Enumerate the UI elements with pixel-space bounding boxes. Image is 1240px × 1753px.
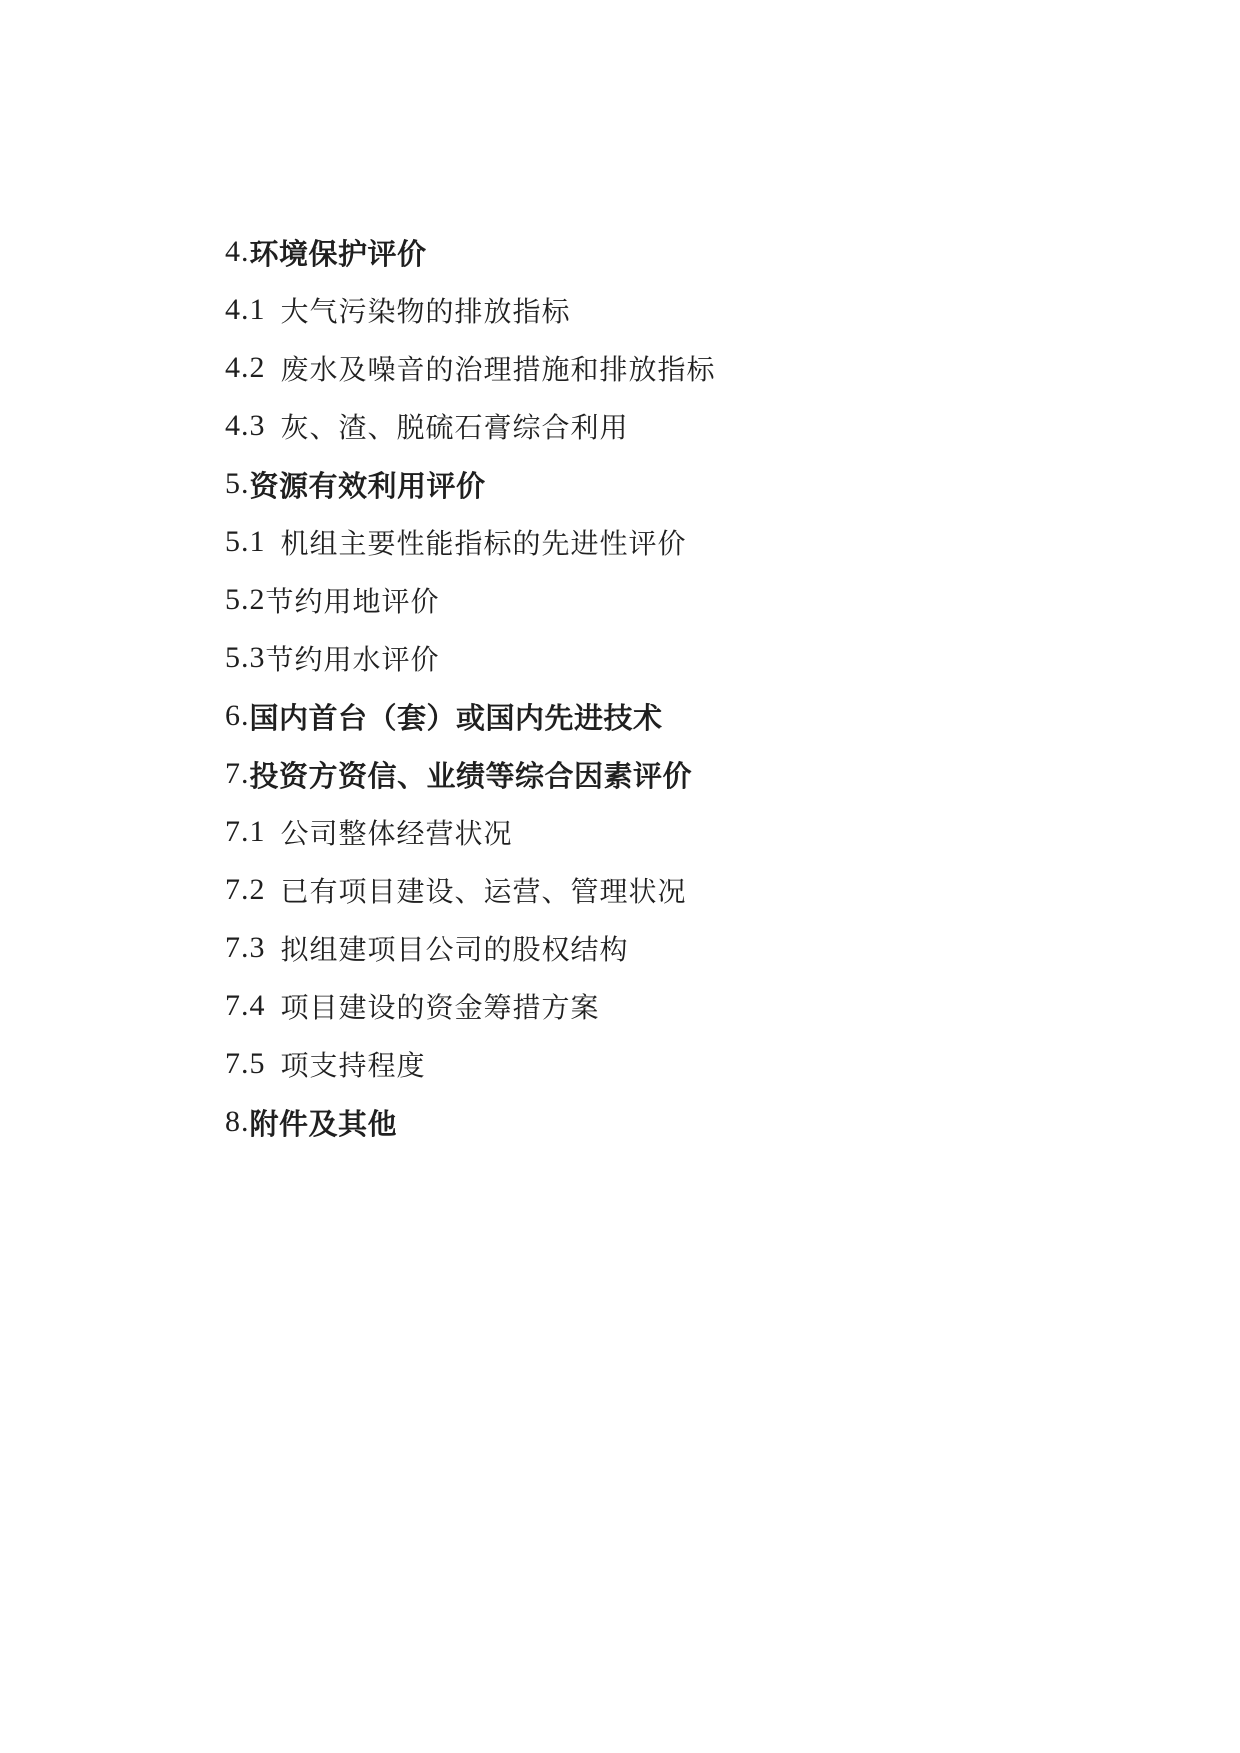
document-page: 4.环境保护评价 4.1大气污染物的排放指标 4.2废水及噪音的治理措施和排放指… [0,0,1240,1753]
section-number: 8. [225,1105,250,1139]
item-number: 7.5 [225,1047,266,1081]
item-title: 废水及噪音的治理措施和排放指标 [281,348,716,388]
section-title: 附件及其他 [250,1102,398,1143]
item-title: 节约用地评价 [266,580,440,620]
section-number: 5. [225,467,250,501]
toc-item-7-3: 7.3拟组建项目公司的股权结构 [225,919,1180,977]
toc-item-7-2: 7.2已有项目建设、运营、管理状况 [225,861,1180,919]
section-title: 投资方资信、业绩等综合因素评价 [250,754,693,795]
section-heading-8: 8.附件及其他 [225,1093,1180,1151]
section-heading-4: 4.环境保护评价 [225,223,1180,281]
section-heading-5: 5.资源有效利用评价 [225,455,1180,513]
item-title: 拟组建项目公司的股权结构 [281,928,629,968]
section-number: 4. [225,235,250,269]
item-number: 4.2 [225,351,266,385]
item-title: 机组主要性能指标的先进性评价 [281,522,687,562]
section-heading-7: 7.投资方资信、业绩等综合因素评价 [225,745,1180,803]
item-title: 大气污染物的排放指标 [281,290,571,330]
item-number: 7.2 [225,873,266,907]
section-title: 国内首台（套）或国内先进技术 [250,696,663,737]
section-number: 7. [225,757,250,791]
item-title: 项支持程度 [281,1044,426,1084]
item-number: 4.3 [225,409,266,443]
item-number: 7.3 [225,931,266,965]
toc-item-7-4: 7.4项目建设的资金筹措方案 [225,977,1180,1035]
item-number: 7.1 [225,815,266,849]
section-number: 6. [225,699,250,733]
toc-item-5-2: 5.2节约用地评价 [225,571,1180,629]
item-title: 灰、渣、脱硫石膏综合利用 [281,406,629,446]
item-title: 公司整体经营状况 [281,812,513,852]
toc-item-5-3: 5.3节约用水评价 [225,629,1180,687]
item-number: 5.2 [225,583,266,617]
toc-item-4-1: 4.1大气污染物的排放指标 [225,281,1180,339]
item-title: 节约用水评价 [266,638,440,678]
section-title: 资源有效利用评价 [250,464,486,505]
section-title: 环境保护评价 [250,232,427,273]
item-title: 项目建设的资金筹措方案 [281,986,600,1026]
item-number: 7.4 [225,989,266,1023]
toc-item-4-3: 4.3灰、渣、脱硫石膏综合利用 [225,397,1180,455]
item-title: 已有项目建设、运营、管理状况 [281,870,687,910]
item-number: 5.3 [225,641,266,675]
toc-item-7-1: 7.1公司整体经营状况 [225,803,1180,861]
item-number: 5.1 [225,525,266,559]
toc-item-5-1: 5.1机组主要性能指标的先进性评价 [225,513,1180,571]
section-heading-6: 6.国内首台（套）或国内先进技术 [225,687,1180,745]
item-number: 4.1 [225,293,266,327]
toc-item-4-2: 4.2废水及噪音的治理措施和排放指标 [225,339,1180,397]
toc-item-7-5: 7.5项支持程度 [225,1035,1180,1093]
toc-content: 4.环境保护评价 4.1大气污染物的排放指标 4.2废水及噪音的治理措施和排放指… [225,223,1180,1151]
